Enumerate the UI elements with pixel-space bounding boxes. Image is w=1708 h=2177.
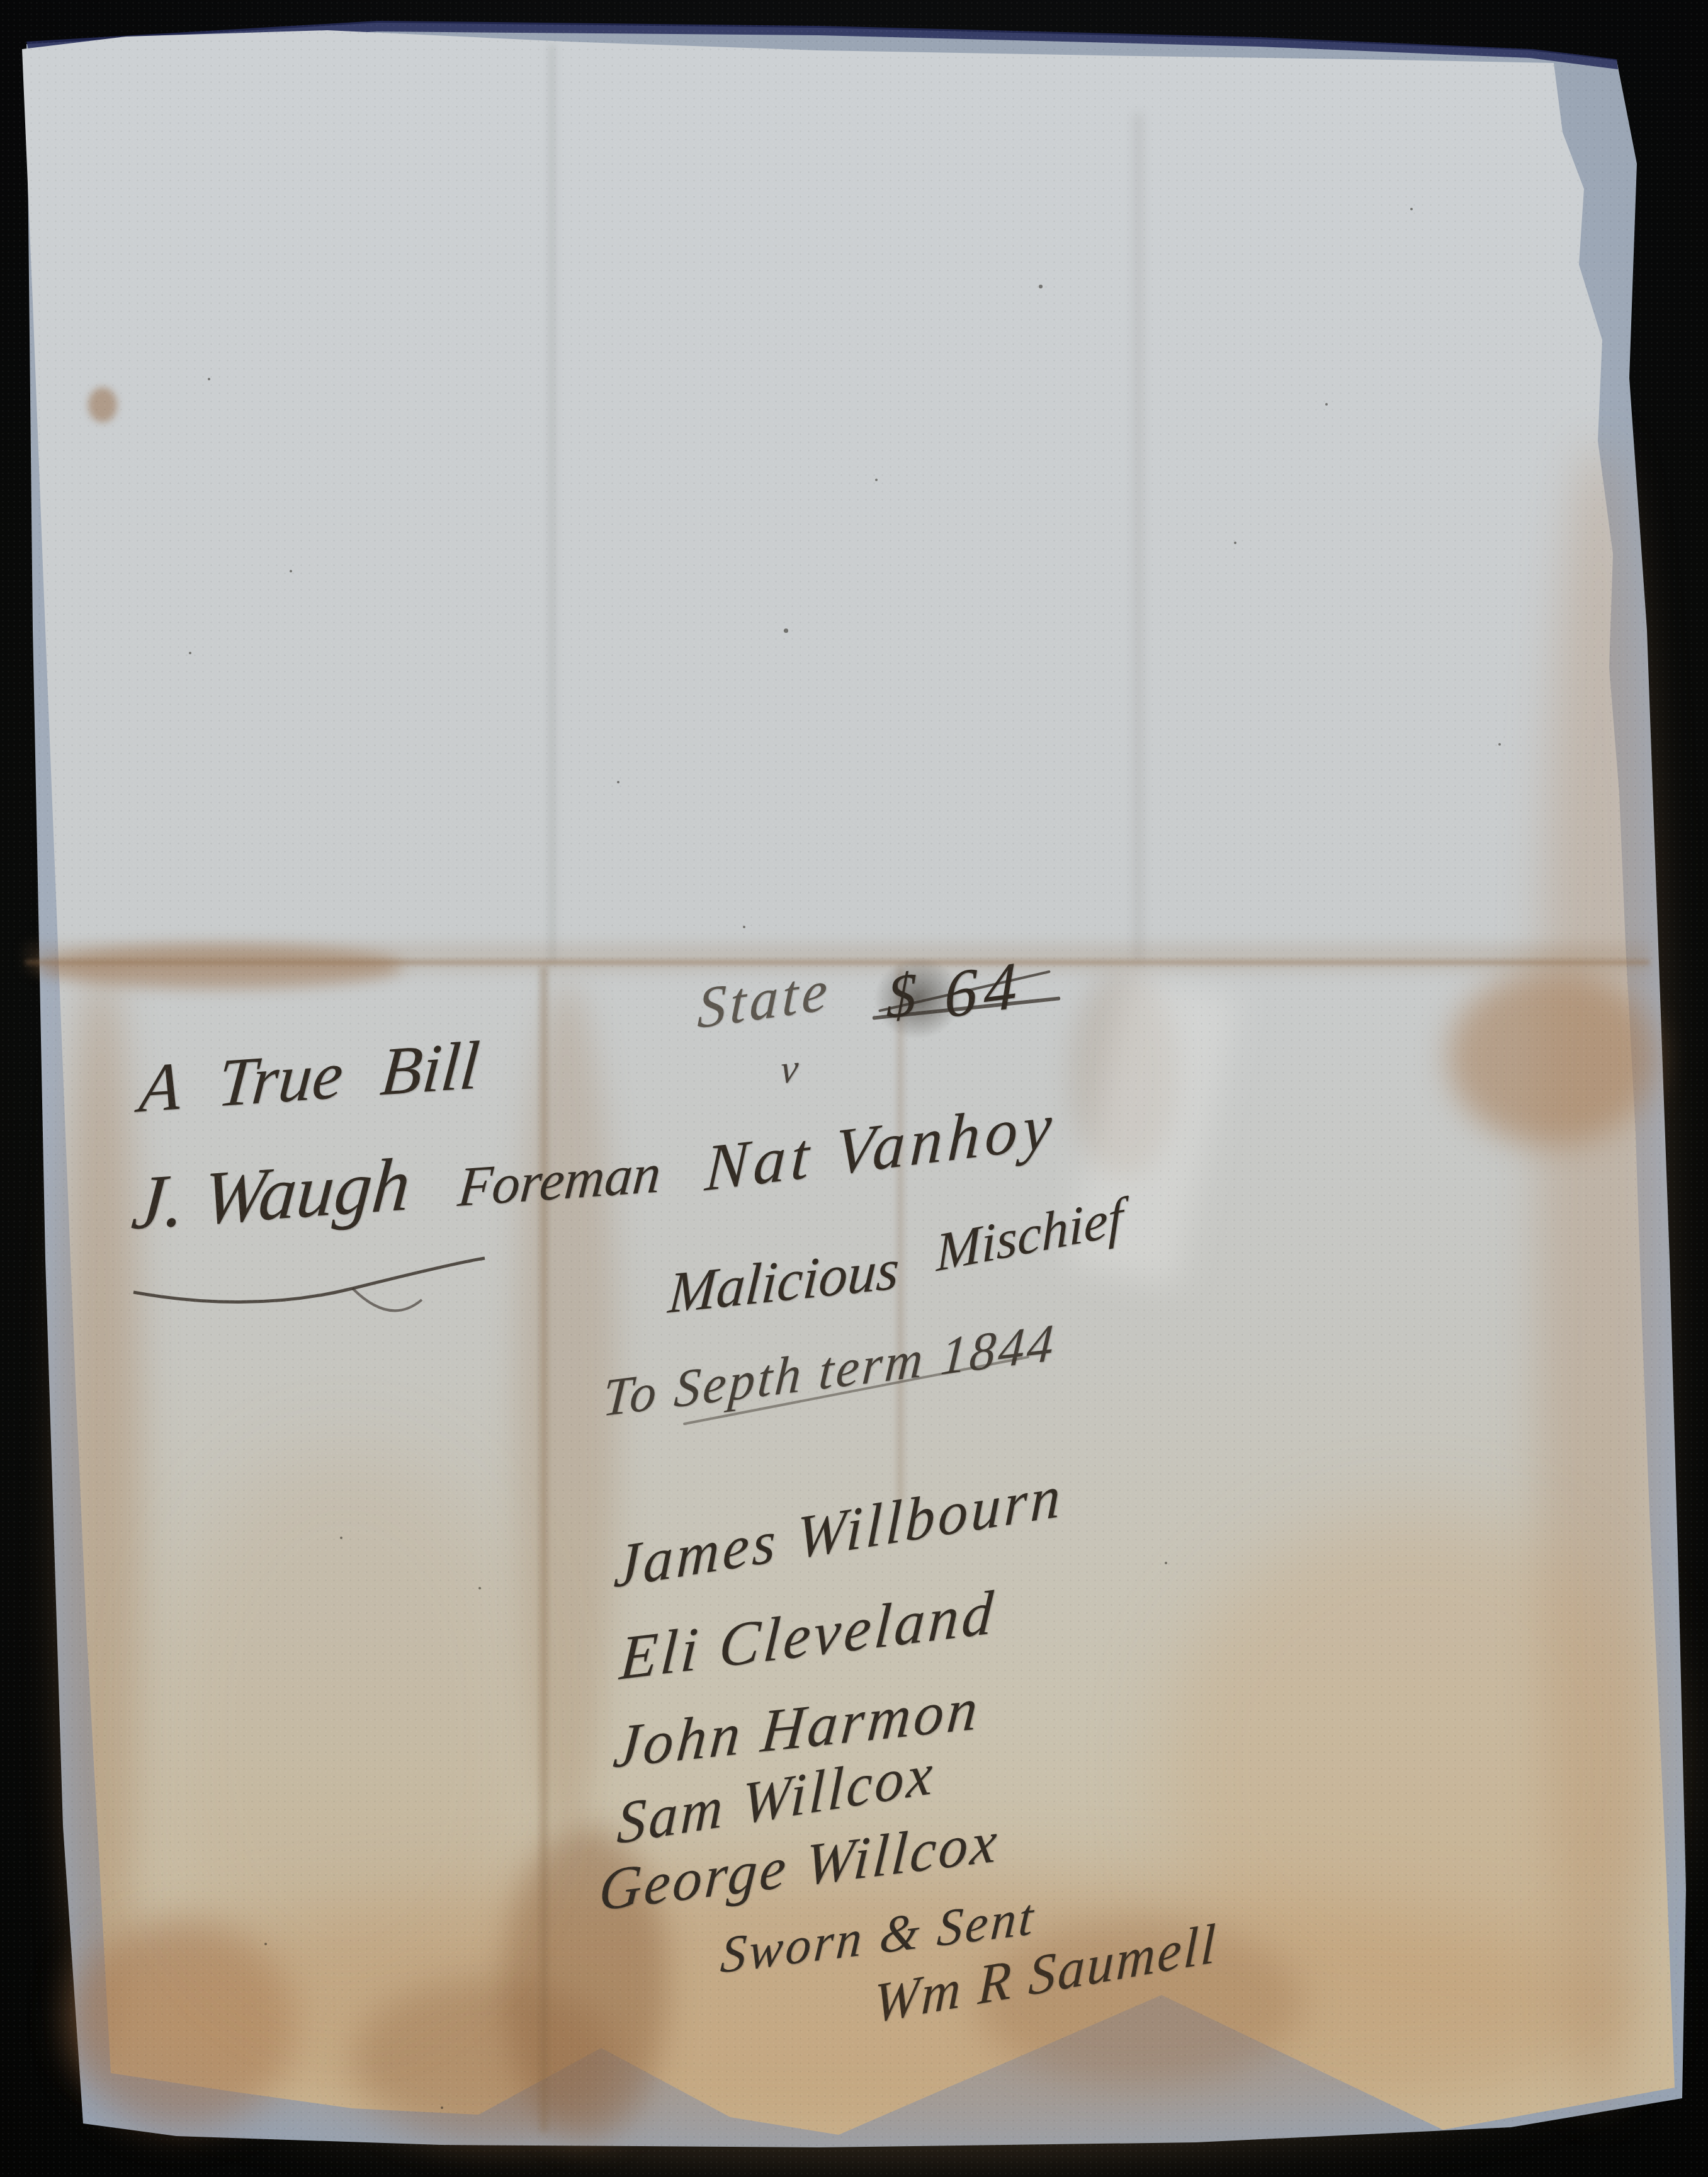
versus-mark: v <box>779 1045 800 1094</box>
age-stain <box>1536 441 1662 2110</box>
ink-speck <box>1165 1562 1167 1564</box>
age-stain <box>1448 970 1656 1146</box>
ink-speck <box>1410 208 1413 210</box>
ink-speck <box>478 1587 481 1589</box>
age-stain <box>60 970 142 2078</box>
age-stain <box>1165 1511 1668 2015</box>
foreman-name: J. Waugh <box>128 1142 414 1246</box>
fold-crease <box>25 943 1649 972</box>
ink-speck <box>208 378 210 380</box>
ink-speck <box>784 628 788 633</box>
ink-speck <box>617 781 619 783</box>
photograph-of-court-document: State $ 64 v A True Bill J. Waugh Forema… <box>0 0 1708 2177</box>
ink-speck <box>290 570 292 572</box>
ink-speck <box>1325 403 1328 406</box>
ink-speck <box>875 479 878 481</box>
fold-crease <box>25 960 1649 965</box>
ink-speck <box>264 1943 267 1945</box>
struck-case-symbol: $ <box>886 958 917 1033</box>
ink-speck <box>1498 743 1501 746</box>
fold-crease <box>549 44 555 963</box>
age-stain <box>38 945 403 989</box>
case-number: 64 <box>944 946 1023 1035</box>
age-stain <box>69 1921 296 2129</box>
ink-speck <box>340 1537 342 1539</box>
age-stain <box>88 387 117 423</box>
ink-speck <box>189 652 191 654</box>
ink-speck <box>743 926 745 928</box>
fold-crease <box>1134 113 1142 963</box>
ink-speck <box>441 2106 443 2109</box>
ink-speck <box>1234 542 1236 544</box>
age-stain <box>1070 970 1177 1178</box>
foreman-title: Foreman <box>456 1142 664 1219</box>
ink-speck <box>1039 285 1043 288</box>
age-stain <box>353 1977 617 2141</box>
age-stain <box>157 1448 535 2015</box>
